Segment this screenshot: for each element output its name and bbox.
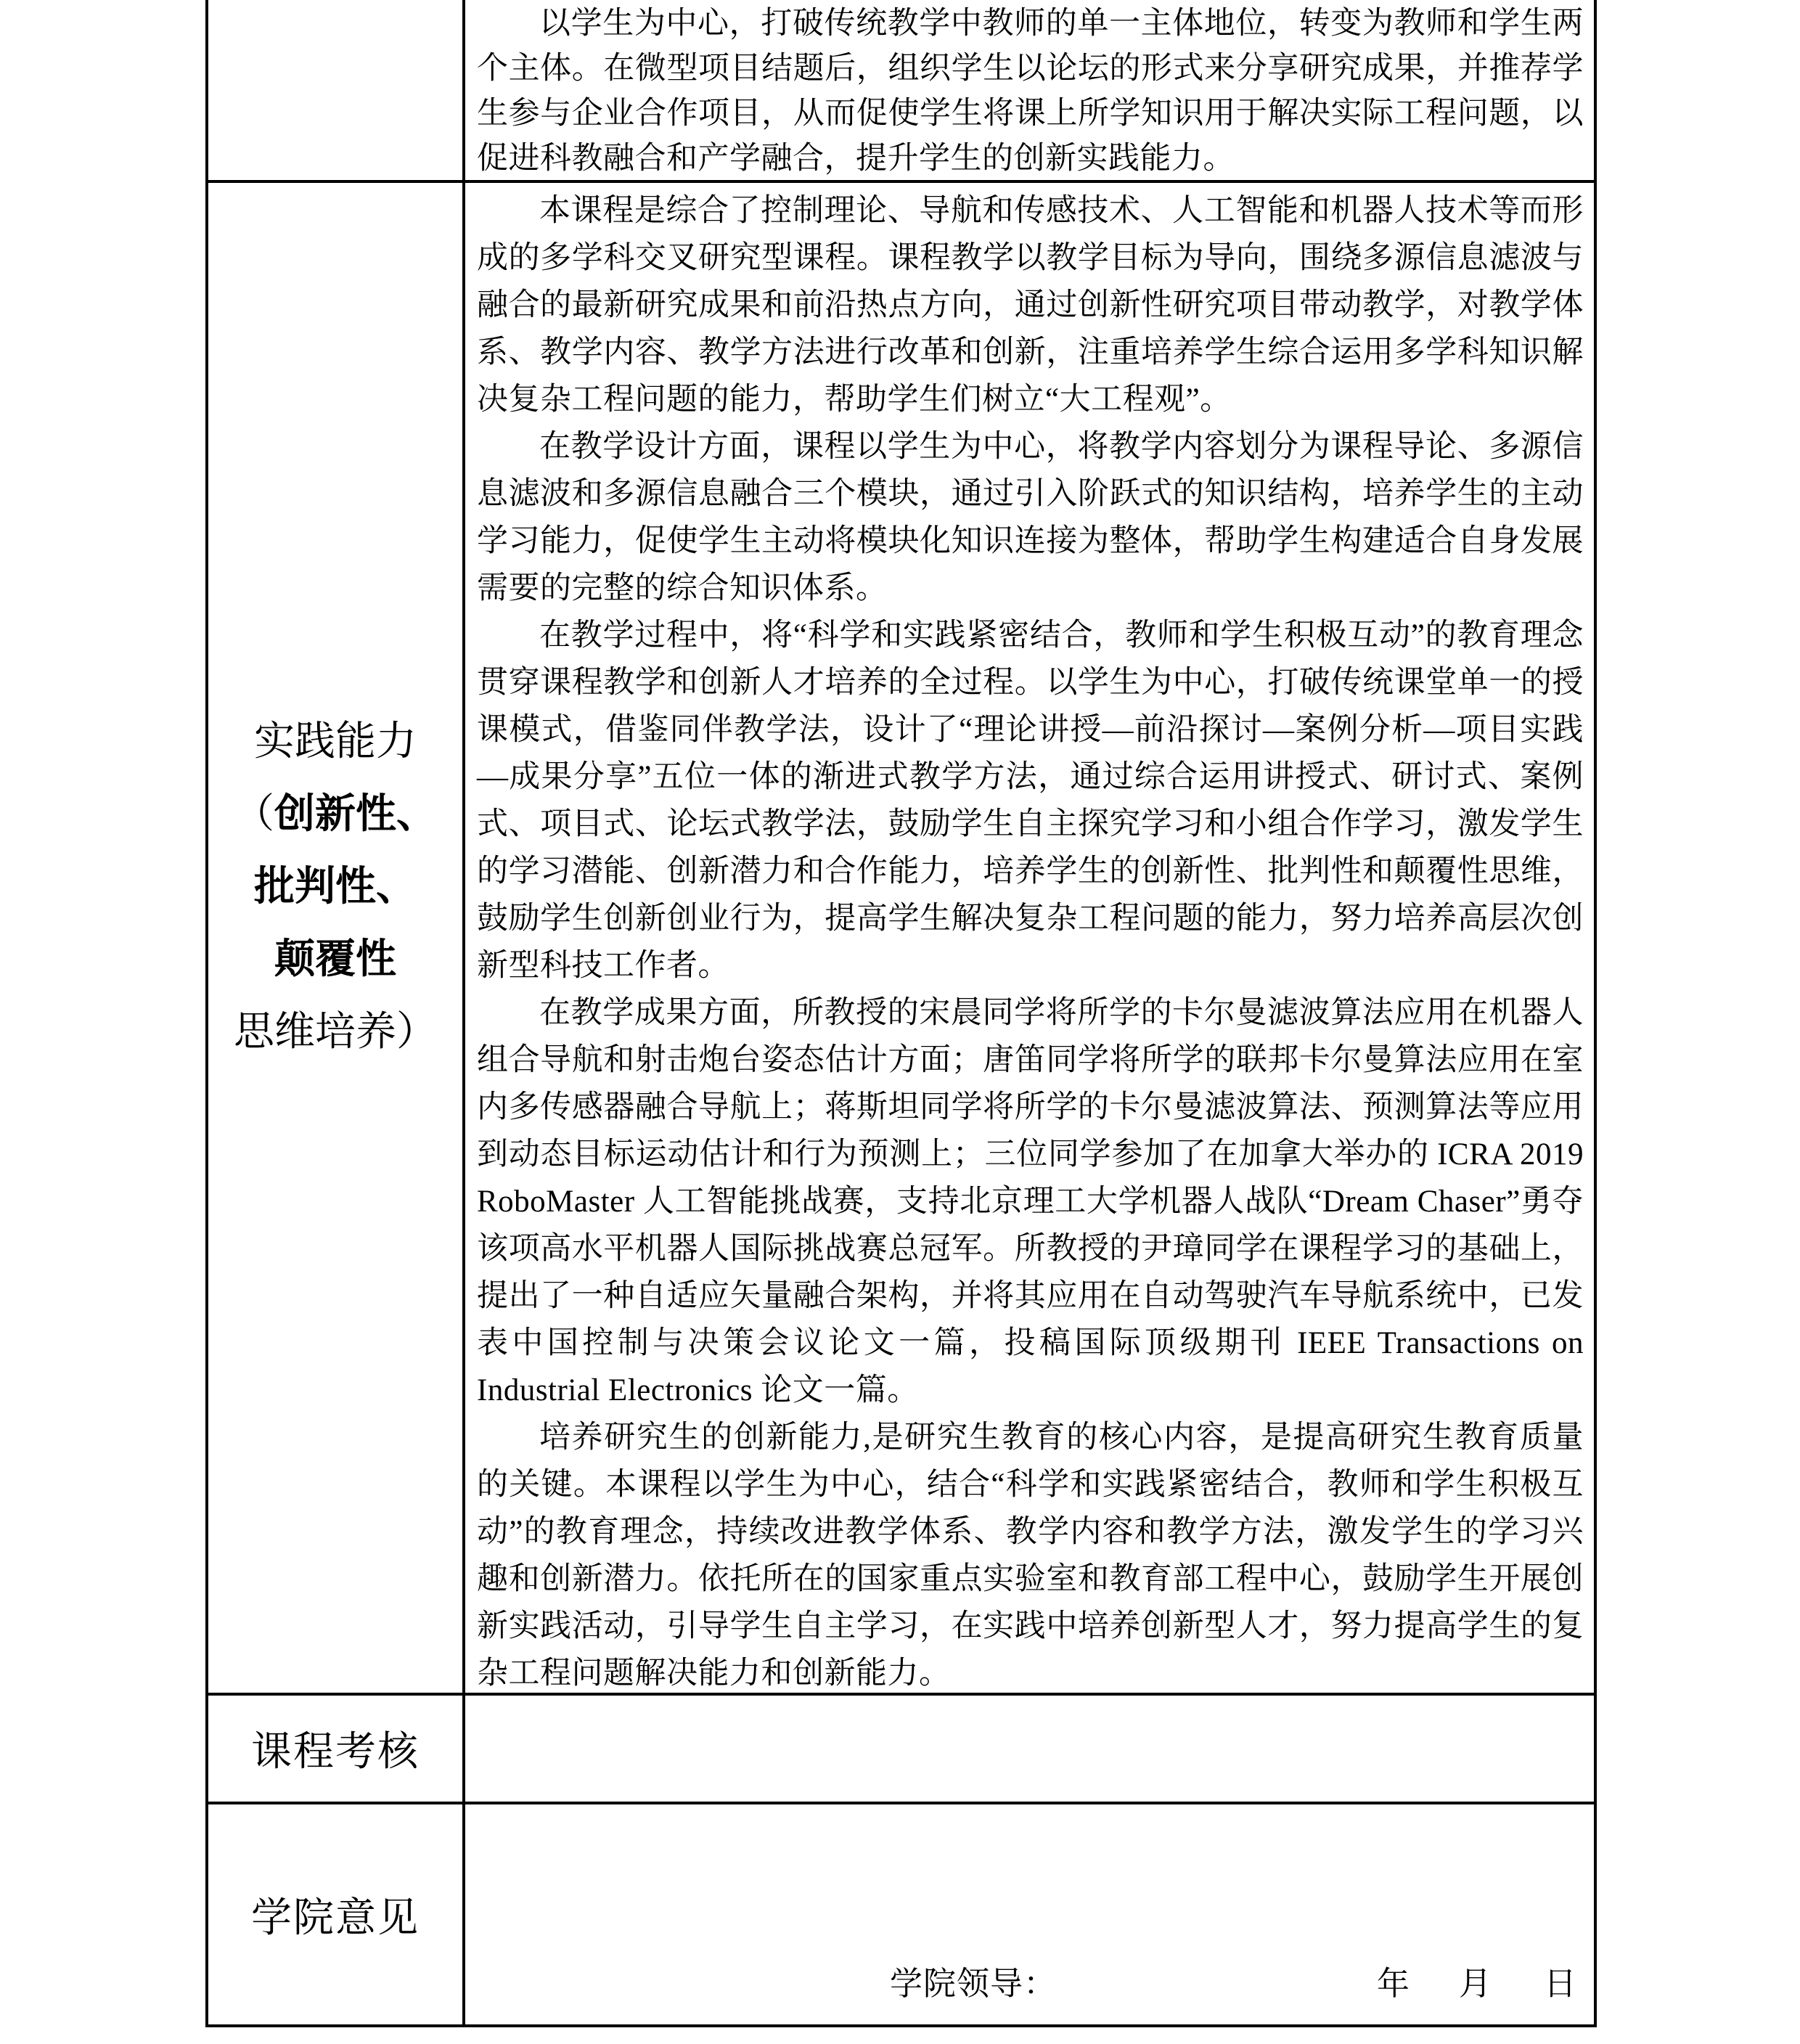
course-assessment-label: 课程考核 bbox=[251, 1720, 420, 1778]
practice-paragraph-course-overview: 本课程是综合了控制理论、导航和传感技术、人工智能和机器人技术等而形成的多学科交叉… bbox=[477, 187, 1584, 423]
college-opinion-content-cell: 学院领导： 年月日 bbox=[465, 1804, 1594, 2024]
table-row-practice-ability: 实践能力 （创新性、 批判性、 颠覆性 思维培养） 本课程是综合了控制理论、导航… bbox=[208, 183, 1594, 1696]
year-label: 年 bbox=[1377, 1966, 1410, 2002]
practice-paragraph-teaching-process: 在教学过程中，将“科学和实践紧密结合，教师和学生积极互动”的教育理念贯穿课程教学… bbox=[477, 612, 1584, 989]
table-row-course-assessment: 课程考核 bbox=[208, 1696, 1594, 1804]
practice-paragraph-teaching-results: 在教学成果方面，所教授的宋晨同学将所学的卡尔曼滤波算法应用在机器人组合导航和射击… bbox=[477, 989, 1584, 1414]
college-leader-signature-label: 学院领导： bbox=[890, 1957, 1057, 2004]
practice-paragraph-teaching-design: 在教学设计方面，课程以学生为中心，将教学内容划分为课程导论、多源信息滤波和多源信… bbox=[477, 423, 1584, 612]
previous-section-text: 以学生为中心，打破传统教学中教师的单一主体地位，转变为教师和学生两个主体。在微型… bbox=[477, 1, 1584, 181]
practice-label-line-5: 思维培养） bbox=[234, 996, 437, 1068]
practice-label-line-1: 实践能力 bbox=[254, 706, 417, 778]
course-assessment-label-cell: 课程考核 bbox=[208, 1696, 465, 1802]
practice-label-line-2: （创新性、 bbox=[234, 778, 437, 851]
table-row-college-opinion: 学院意见 学院领导： 年月日 bbox=[208, 1804, 1594, 2027]
practice-ability-label-cell: 实践能力 （创新性、 批判性、 颠覆性 思维培养） bbox=[208, 183, 465, 1693]
table-row-previous-section: 以学生为中心，打破传统教学中教师的单一主体地位，转变为教师和学生两个主体。在微型… bbox=[208, 0, 1594, 183]
month-label: 月 bbox=[1459, 1966, 1492, 2002]
practice-paragraph-innovation-cultivation: 培养研究生的创新能力,是研究生教育的核心内容，是提高研究生教育质量的关键。本课程… bbox=[477, 1414, 1584, 1697]
previous-section-label-cell bbox=[208, 0, 465, 180]
date-signature-line: 年月日 bbox=[1377, 1957, 1576, 2004]
practice-label-disruptive: 颠覆性 bbox=[274, 923, 396, 996]
practice-label-open-paren: （ bbox=[234, 792, 274, 837]
evaluation-form-table: 以学生为中心，打破传统教学中教师的单一主体地位，转变为教师和学生两个主体。在微型… bbox=[205, 0, 1597, 2027]
college-opinion-label: 学院意见 bbox=[251, 1886, 420, 1944]
practice-label-innovative: 创新性、 bbox=[274, 792, 437, 837]
practice-label-critical: 批判性、 bbox=[254, 851, 417, 923]
day-label: 日 bbox=[1544, 1966, 1576, 2002]
college-opinion-label-cell: 学院意见 bbox=[208, 1804, 465, 2024]
previous-section-content-cell: 以学生为中心，打破传统教学中教师的单一主体地位，转变为教师和学生两个主体。在微型… bbox=[465, 0, 1594, 180]
practice-ability-content-cell: 本课程是综合了控制理论、导航和传感技术、人工智能和机器人技术等而形成的多学科交叉… bbox=[465, 183, 1594, 1693]
course-assessment-content-cell bbox=[465, 1696, 1594, 1802]
